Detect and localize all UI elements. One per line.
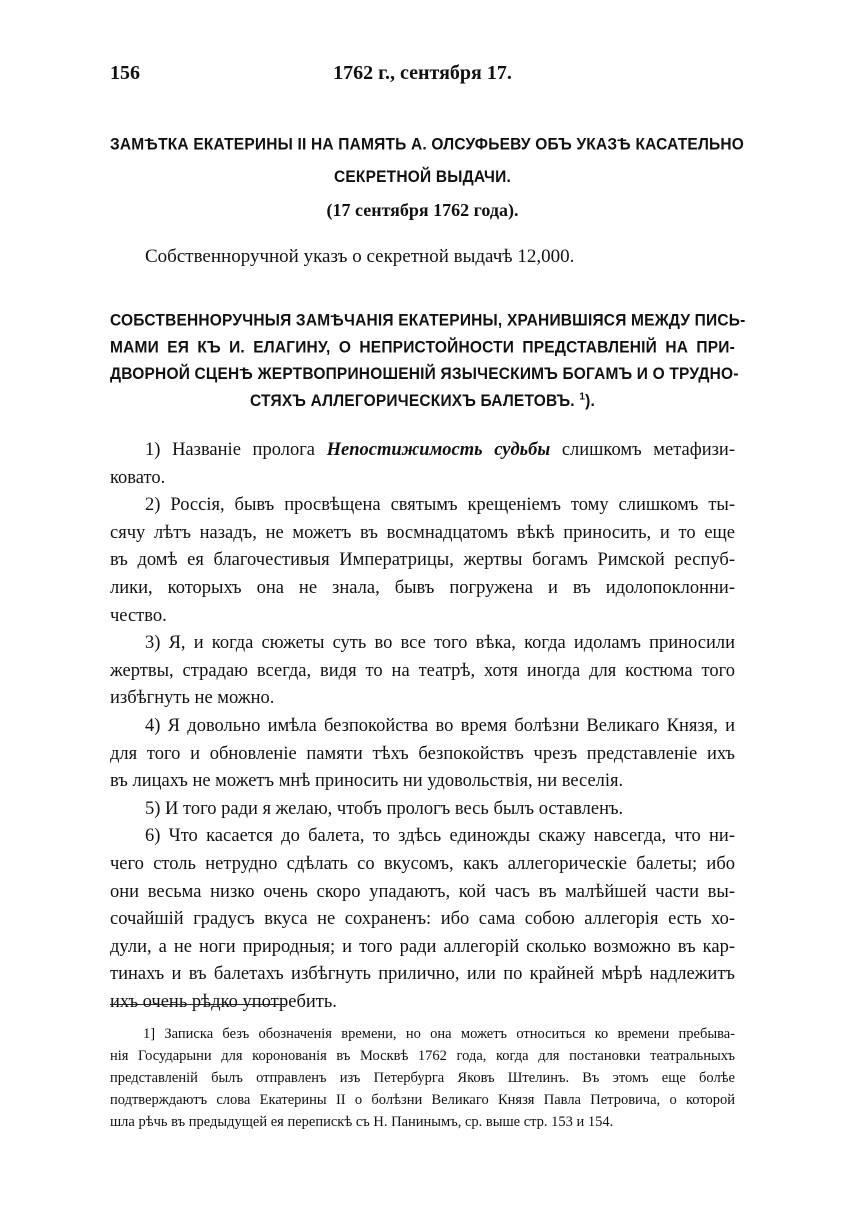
footnote-line: нія Государыни для коронованія въ Москвѣ… — [110, 1045, 735, 1067]
footnote: 1] Записка безъ обозначенія времени, но … — [110, 1023, 735, 1133]
ukaz-text: Собственноручной указъ о секретной выдач… — [145, 246, 574, 268]
footnote-line: подтверждаютъ слова Екатерины II о болѣз… — [110, 1089, 735, 1111]
body-line: тинахъ и въ балетахъ избѣгнуть прилично,… — [110, 961, 735, 989]
body-line: 2) Россія, бывъ просвѣщена святымъ креще… — [110, 492, 735, 520]
heading-line: СОБСТВЕННОРУЧНЫЯ ЗАМѢЧАНІЯ ЕКАТЕРИНЫ, ХР… — [110, 307, 735, 334]
body-line: сячу лѣтъ назадъ, не можетъ въ восмнадца… — [110, 520, 735, 548]
document-page: 156 1762 г., сентября 17. ЗАМѢТКА ЕКАТЕР… — [0, 0, 843, 1218]
body-text: 1) Названіе пролога Непостижимость судьб… — [110, 437, 735, 1016]
body-line: жертвы, страдаю всегда, видя то на театр… — [110, 658, 735, 686]
date-line: (17 сентября 1762 года). — [110, 200, 735, 221]
body-line: ихъ очень рѣдко употребить. — [110, 989, 735, 1017]
body-line: чество. — [110, 603, 735, 631]
footnote-line: 1] Записка безъ обозначенія времени, но … — [110, 1023, 735, 1045]
body-line: ковато. — [110, 465, 735, 493]
prologue-title: Непостижимость судьбы — [327, 440, 551, 460]
body-line: 5) И того ради я желаю, чтобъ прологъ ве… — [110, 796, 735, 824]
body-line: избѣгнуть не можно. — [110, 685, 735, 713]
body-line: въ лицахъ не можетъ мнѣ приносить ни удо… — [110, 768, 735, 796]
body-line: для того и обновленіе памяти тѣхъ безпок… — [110, 741, 735, 769]
footnote-line: представленій былъ отправленъ изъ Петерб… — [110, 1067, 735, 1089]
heading-text: СТЯХЪ АЛЛЕГОРИЧЕСКИХЪ БАЛЕТОВЪ. — [250, 392, 575, 410]
body-line: 3) Я, и когда сюжеты суть во все того вѣ… — [110, 630, 735, 658]
footnote-divider — [110, 1004, 285, 1005]
heading-line: ЗАМѢТКА ЕКАТЕРИНЫ II НА ПАМЯТЬ А. ОЛСУФЬ… — [110, 128, 735, 161]
body-line: 1) Названіе пролога Непостижимость судьб… — [110, 437, 735, 465]
section-heading-elagin: СОБСТВЕННОРУЧНЫЯ ЗАМѢЧАНІЯ ЕКАТЕРИНЫ, ХР… — [110, 307, 735, 414]
heading-line: СЕКРЕТНОЙ ВЫДАЧИ. — [110, 161, 735, 194]
body-line: они весьма низко очень скоро упадаютъ, к… — [110, 879, 735, 907]
footnote-line: шла рѣчь въ предыдущей ея перепискѣ съ Н… — [110, 1111, 735, 1133]
heading-line: СТЯХЪ АЛЛЕГОРИЧЕСКИХЪ БАЛЕТОВЪ. 1). — [110, 388, 735, 415]
body-line: лики, которыхъ она не знала, бывъ погруж… — [110, 575, 735, 603]
heading-line: МАМИ ЕЯ КЪ И. ЕЛАГИНУ, О НЕПРИСТОЙНОСТИ … — [110, 334, 735, 361]
body-line: чего столь нетрудно сдѣлать со вкусомъ, … — [110, 851, 735, 879]
section-heading-olsufiev: ЗАМѢТКА ЕКАТЕРИНЫ II НА ПАМЯТЬ А. ОЛСУФЬ… — [110, 128, 735, 193]
footnote-text: Записка безъ обозначенія времени, но она… — [164, 1026, 735, 1042]
body-line: въ домѣ ея благочестивыя Императрицы, же… — [110, 547, 735, 575]
footnote-marker: 1] — [143, 1026, 155, 1042]
body-line: сочайшій градусъ вкуса не сохраненъ: ибо… — [110, 906, 735, 934]
item1-rest: слишкомъ метафизи- — [562, 440, 735, 460]
body-line: 6) Что касается до балета, то здѣсь един… — [110, 823, 735, 851]
heading-line: ДВОРНОЙ СЦЕНѢ ЖЕРТВОПРИНОШЕНІЙ ЯЗЫЧЕСКИМ… — [110, 361, 735, 388]
running-title: 1762 г., сентября 17. — [110, 62, 735, 85]
running-head: 156 1762 г., сентября 17. — [110, 62, 735, 88]
item1-prefix: 1) Названіе пролога — [145, 440, 315, 460]
heading-tail: ). — [585, 392, 595, 410]
body-line: дули, а не ноги природныя; и того ради а… — [110, 934, 735, 962]
body-line: 4) Я довольно имѣла безпокойства во врем… — [110, 713, 735, 741]
